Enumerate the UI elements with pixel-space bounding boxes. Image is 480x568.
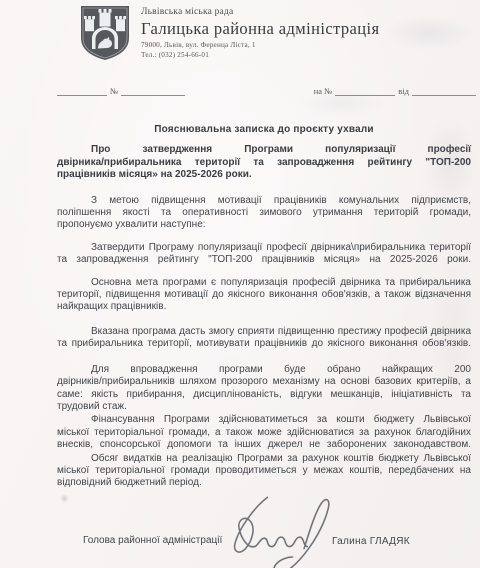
text-line: З метою підвищення мотивації працівників… — [57, 195, 471, 207]
reference-line: № на №від — [57, 86, 476, 100]
text-line: Основна мета програми є популяризація пр… — [57, 277, 471, 289]
org-phone: Тел.: (032) 254-66-01 — [141, 51, 379, 59]
paragraph: З метою підвищення мотивації працівників… — [57, 195, 471, 232]
number-label: № — [107, 86, 121, 96]
on-number-label: на № — [311, 86, 336, 96]
text-line: працівників місяця» на 2025-2026 роки. — [57, 169, 471, 181]
text-line: Для впровадження програми буде обрано на… — [57, 364, 471, 376]
text-line: відповідний бюджетний період. — [57, 477, 471, 489]
from-label: від — [395, 86, 412, 96]
subject-paragraph: Про затвердження Програми популяризації … — [57, 144, 471, 181]
paragraph: Затвердити Програму популяризації профес… — [57, 242, 471, 267]
text-line: міської територіальної громади проводити… — [57, 465, 471, 477]
text-line: двірників/прибиральників шляхом прозорог… — [57, 376, 471, 388]
text-line: найкращих працівників. — [57, 301, 471, 313]
text-line: території, підвищення мотивації до якісн… — [57, 289, 471, 301]
date-blank-field — [57, 86, 107, 96]
scan-smudge — [384, 15, 474, 51]
text-line: внесків, спонсорської допомоги та інших … — [57, 439, 471, 451]
signer-name: Галина ГЛАДЯК — [332, 536, 410, 547]
text-line: трудовий стаж. — [57, 401, 471, 413]
text-line: Обсяг видатків на реалізацію Програми за… — [57, 453, 471, 465]
scan-smudge — [60, 494, 69, 503]
parent-org-name: Львівська міська рада — [141, 7, 379, 17]
text-line: Вказана програма дасть змогу сприяти під… — [57, 326, 471, 338]
document-title: Пояснювальна записка до проєкту ухвали — [57, 124, 471, 136]
paragraph: Основна мета програми є популяризація пр… — [57, 277, 471, 314]
on-number-blank-field — [335, 86, 395, 96]
text-line: Фінансування Програми здійснюватиметься … — [57, 414, 471, 426]
org-name: Галицька районна адміністрація — [141, 19, 379, 39]
text-line: міської територіальної громади, а також … — [57, 427, 471, 439]
text-line: пропонуємо ухвалити наступне: — [57, 219, 471, 231]
document-body: Пояснювальна записка до проєкту ухвали П… — [57, 124, 471, 490]
paragraph: Вказана програма дасть змогу сприяти під… — [57, 326, 471, 351]
coat-of-arms-logo — [78, 5, 132, 61]
outgoing-number-fields: № — [57, 86, 185, 96]
from-blank-field — [412, 86, 476, 96]
text-line: саме: якість прибирання, дисциплінованіс… — [57, 389, 471, 401]
text-line: двірника/прибиральника території та запр… — [57, 157, 471, 169]
text-line: поліпшення якості та оперативності зимов… — [57, 207, 471, 219]
signer-position: Голова районної адміністрації — [83, 535, 222, 546]
signature-autograph — [212, 492, 348, 568]
letterhead: Львівська міська рада Галицька районна а… — [78, 5, 379, 61]
text-line: та запровадження рейтингу "ТОП-200 праці… — [57, 254, 471, 266]
letterhead-text: Львівська міська рада Галицька районна а… — [141, 5, 379, 59]
paragraph: Обсяг видатків на реалізацію Програми за… — [57, 453, 471, 490]
incoming-number-fields: на №від — [311, 86, 476, 96]
text-line: Про затвердження Програми популяризації … — [57, 144, 471, 156]
text-line: Затвердити Програму популяризації профес… — [57, 242, 471, 254]
number-blank-field — [121, 86, 185, 96]
scanned-letter-page: Львівська міська рада Галицька районна а… — [0, 0, 480, 568]
paragraph: Фінансування Програми здійснюватиметься … — [57, 414, 471, 451]
org-address: 79000, Львів, вул. Ференца Ліста, 1 — [141, 41, 379, 49]
paragraph: Для впровадження програми буде обрано на… — [57, 364, 471, 414]
text-line: та прибиральника території, мотивувати п… — [57, 338, 471, 350]
